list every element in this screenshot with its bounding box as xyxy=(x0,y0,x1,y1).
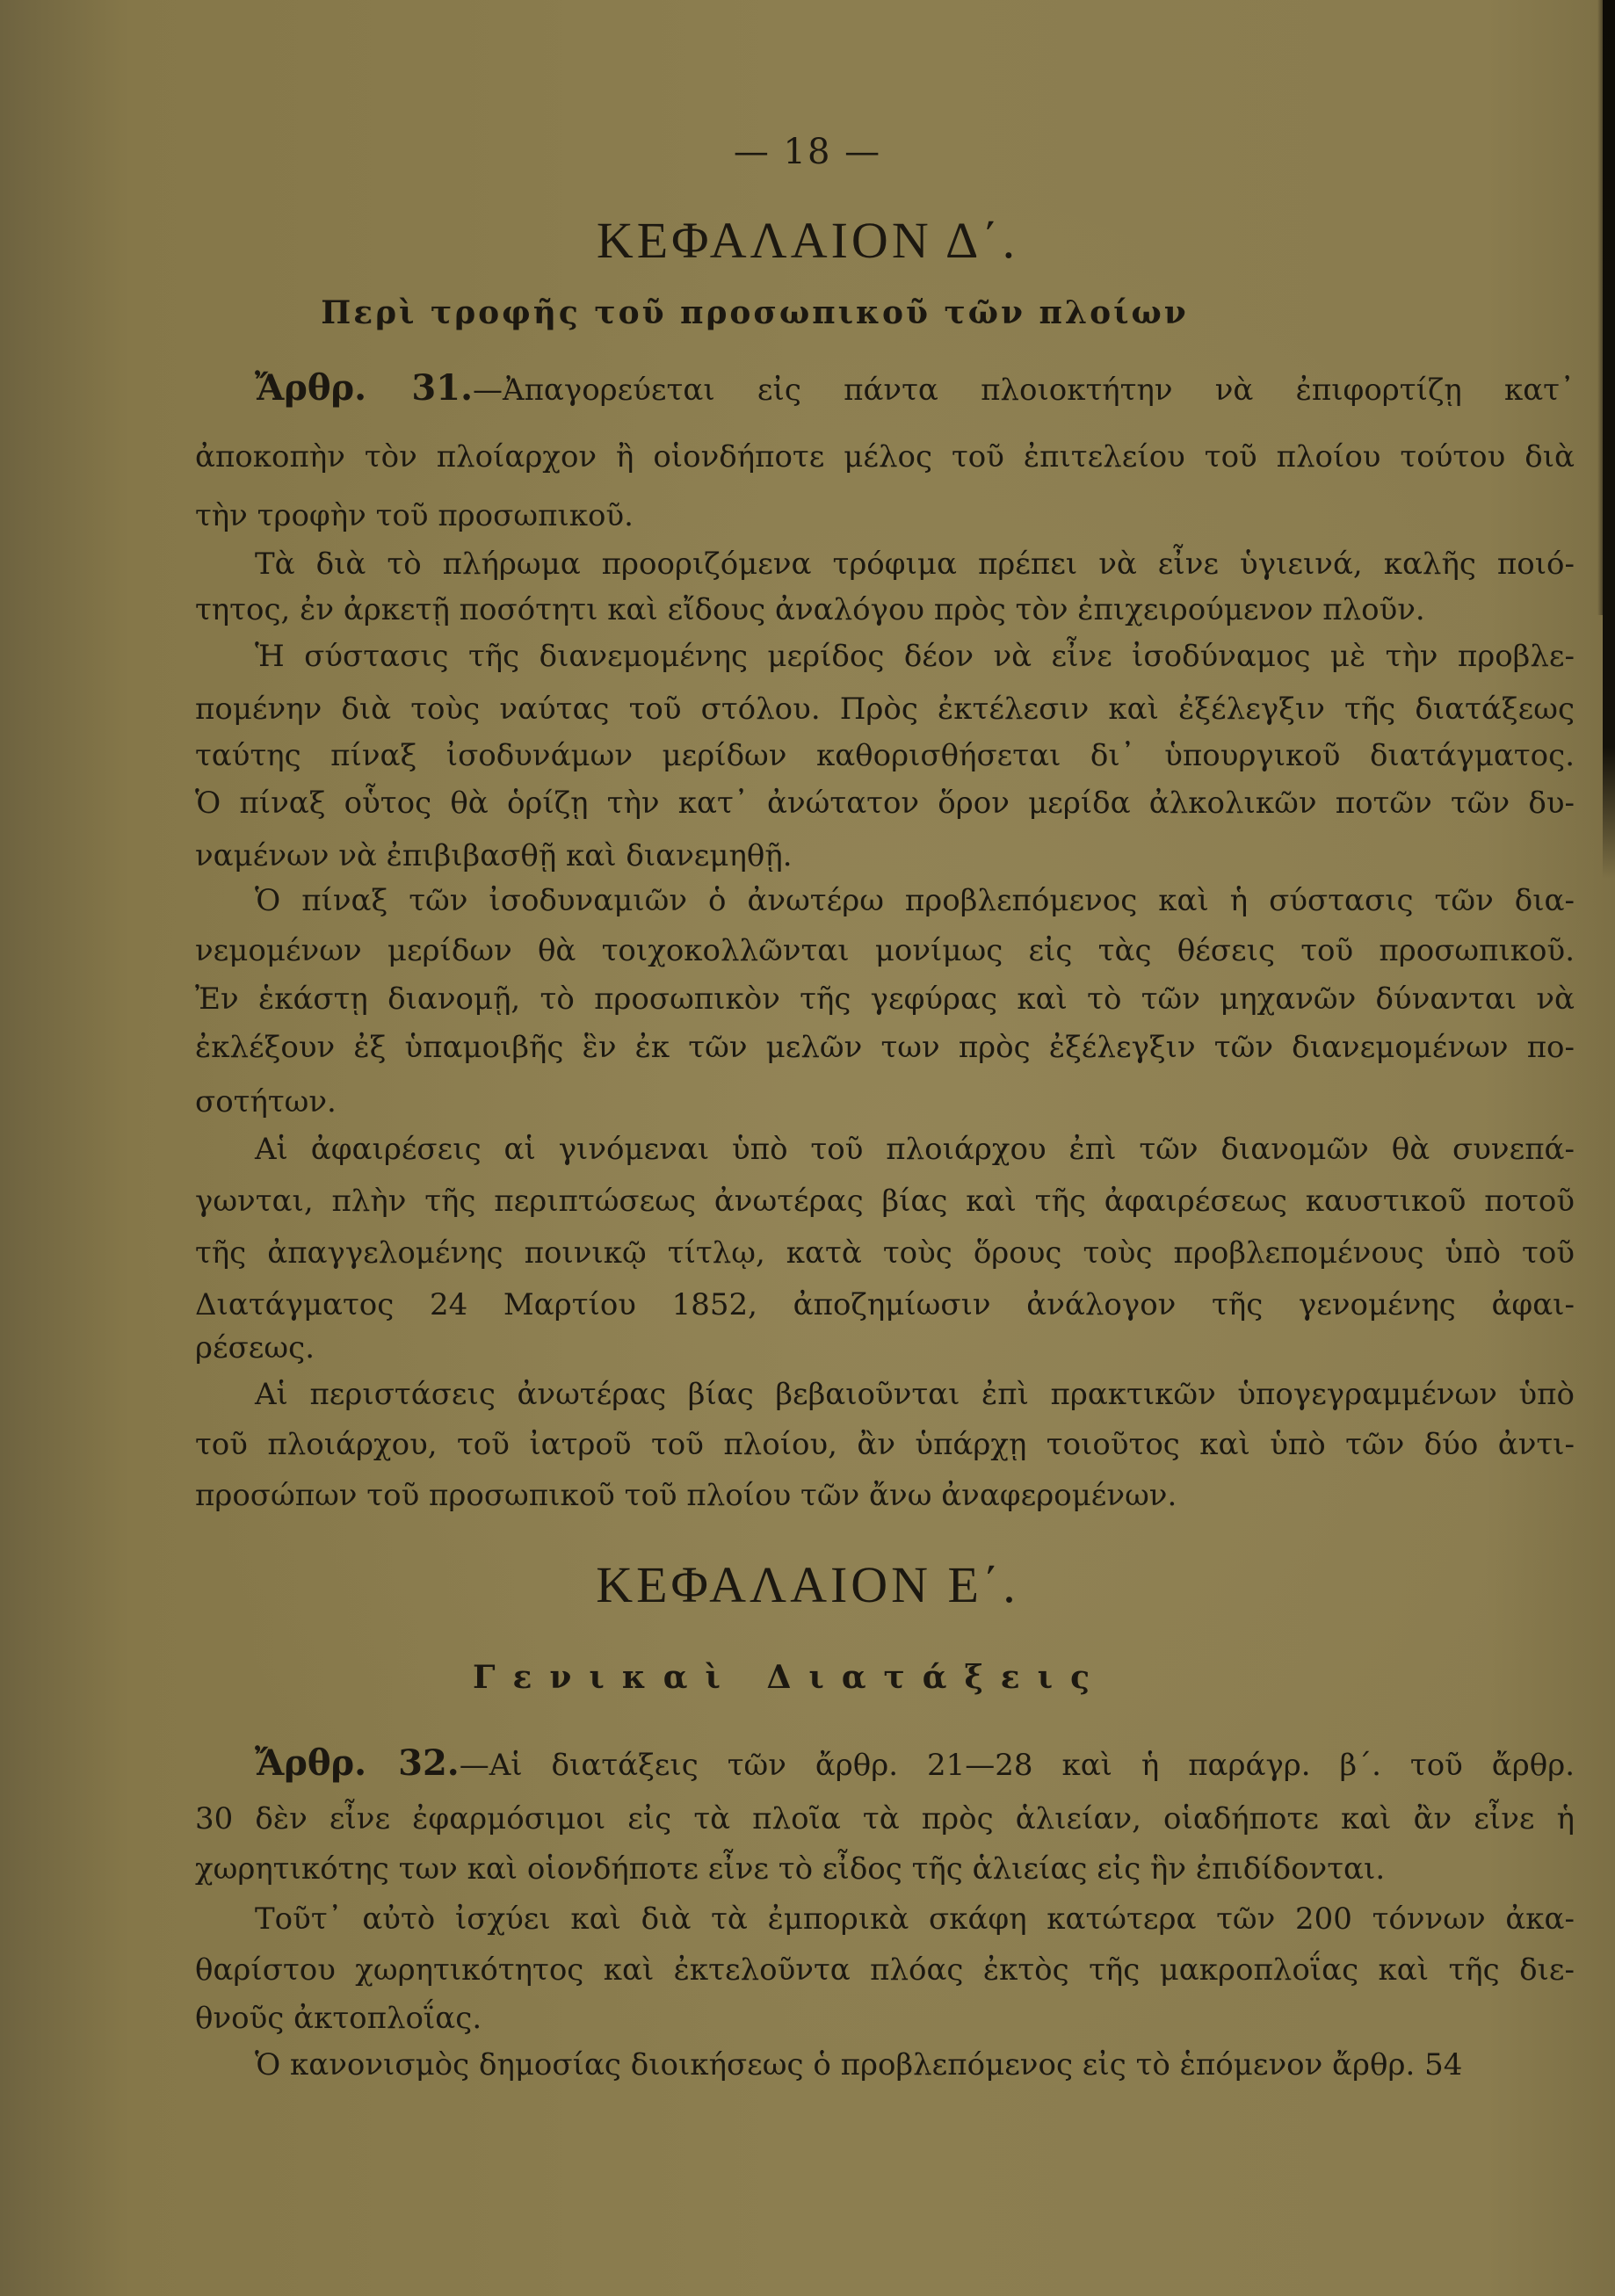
article-32-line-5: θνοῦς ἀκτοπλοΐας. xyxy=(195,1999,1575,2038)
article-31-line-0: Ἄρθρ. 31.—Ἀπαγορεύεται εἰς πάντα πλοιοκτ… xyxy=(255,369,1575,409)
article-31-line-6: πομένην διὰ τοὺς ναύτας τοῦ στόλου. Πρὸς… xyxy=(195,690,1575,728)
article-31-line-9: ναμένων νὰ ἐπιβιβασθῇ καὶ διανεμηθῇ. xyxy=(195,837,1575,875)
article-31-line-3: Τὰ διὰ τὸ πλήρωμα προοριζόμενα τρόφιμα π… xyxy=(255,545,1575,583)
chapter-d-title: ΚΕΦΑΛΑΙΟΝ Δ΄. xyxy=(0,211,1615,270)
article-31-line-5: Ἡ σύστασις τῆς διανεμομένης μερίδος δέον… xyxy=(255,637,1575,676)
article-31-line-2: τὴν τροφὴν τοῦ προσωπικοῦ. xyxy=(195,496,1575,535)
article-31-line-16: γωνται, πλὴν τῆς περιπτώσεως ἀνωτέρας βί… xyxy=(195,1182,1575,1220)
article-31-line-1: ἀποκοπὴν τὸν πλοίαρχον ἢ οἱονδήποτε μέλο… xyxy=(195,438,1575,476)
article-31-line-14: σοτήτων. xyxy=(195,1083,1575,1121)
article-31-line-10: Ὁ πίναξ τῶν ἰσοδυναμιῶν ὁ ἀνωτέρω προβλε… xyxy=(255,881,1575,920)
chapter-d-subtitle: Περὶ τροφῆς τοῦ προσωπικοῦ τῶν πλοίων xyxy=(0,294,1562,331)
article-31-line-22: προσώπων τοῦ προσωπικοῦ τοῦ πλοίου τῶν ἄ… xyxy=(195,1476,1575,1515)
article-31-line-21: τοῦ πλοιάρχου, τοῦ ἰατροῦ τοῦ πλοίου, ἂν… xyxy=(195,1425,1575,1464)
article-31-line-17: τῆς ἀπαγγελομένης ποινικῷ τίτλῳ, κατὰ το… xyxy=(195,1234,1575,1272)
article-32-line-3: Τοῦτ᾽ αὐτὸ ἰσχύει καὶ διὰ τὰ ἐμπορικὰ σκ… xyxy=(255,1900,1575,1938)
article-31-number: Ἄρθρ. 31. xyxy=(255,367,473,409)
chapter-e-title: ΚΕΦΑΛΑΙΟΝ Ε΄. xyxy=(0,1555,1615,1614)
article-31-line-13: ἐκλέξουν ἐξ ὑπαμοιβῆς ἓν ἐκ τῶν μελῶν τω… xyxy=(195,1028,1575,1067)
article-31-line-8: Ὁ πίναξ οὗτος θὰ ὁρίζῃ τὴν κατ᾽ ἀνώτατον… xyxy=(195,784,1575,822)
article-31-line-15: Αἱ ἀφαιρέσεις αἱ γινόμεναι ὑπὸ τοῦ πλοιά… xyxy=(255,1130,1575,1169)
article-32-line-6: Ὁ κανονισμὸς δημοσίας διοικήσεως ὁ προβλ… xyxy=(255,2046,1575,2084)
article-32-line-0: Ἄρθρ. 32.—Αἱ διατάξεις τῶν ἄρθρ. 21—28 κ… xyxy=(255,1744,1575,1785)
article-32-line-2: χωρητικότης των καὶ οἱονδήποτε εἶνε τὸ ε… xyxy=(195,1850,1575,1888)
article-31-line-4: τητος, ἐν ἀρκετῇ ποσότητι καὶ εἴδους ἀνα… xyxy=(195,590,1575,629)
article-31-line-20: Αἱ περιστάσεις ἀνωτέρας βίας βεβαιοῦνται… xyxy=(255,1375,1575,1414)
page-edge-gradient xyxy=(1597,0,1603,615)
article-31-line-19: ρέσεως. xyxy=(195,1329,1575,1367)
chapter-e-subtitle: Γενικαὶ Διατάξεις xyxy=(0,1659,1597,1696)
article-31-line-18: Διατάγματος 24 Μαρτίου 1852, ἀποζημίωσιν… xyxy=(195,1286,1575,1324)
page-number: — 18 — xyxy=(0,132,1615,172)
article-31-line-12: Ἐν ἑκάστῃ διανομῇ, τὸ προσωπικὸν τῆς γεφ… xyxy=(195,980,1575,1018)
article-31-line-11: νεμομένων μερίδων θὰ τοιχοκολλῶνται μονί… xyxy=(195,931,1575,970)
article-32-line-4: θαρίστου χωρητικότητος καὶ ἐκτελοῦντα πλ… xyxy=(195,1951,1575,1989)
article-32-line-1: 30 δὲν εἶνε ἐφαρμόσιμοι εἰς τὰ πλοῖα τὰ … xyxy=(195,1800,1575,1838)
article-31-line-7: ταύτης πίναξ ἰσοδυνάμων μερίδων καθορισθ… xyxy=(195,736,1575,775)
article-32-number: Ἄρθρ. 32. xyxy=(255,1742,460,1784)
scanned-page: — 18 — ΚΕΦΑΛΑΙΟΝ Δ΄. Περὶ τροφῆς τοῦ προ… xyxy=(0,0,1615,2296)
